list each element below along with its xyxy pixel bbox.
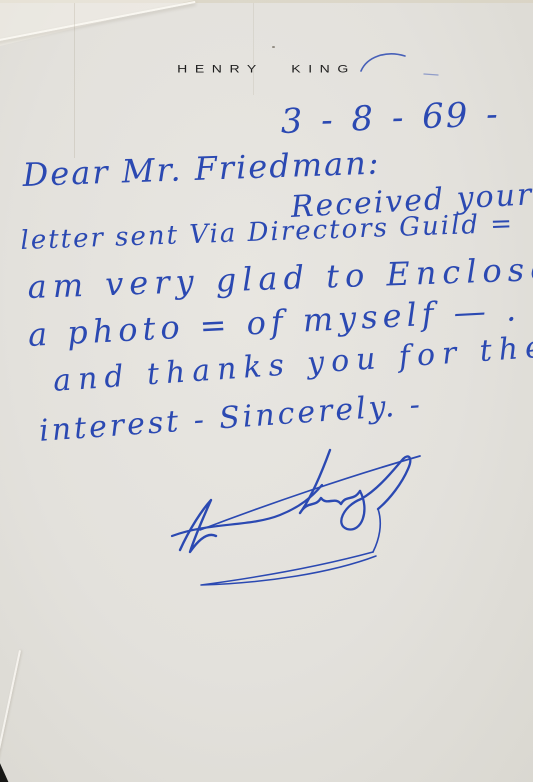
date-line: 3 - 8 - 69 - [280,94,500,142]
paper-speck [272,46,275,48]
signature-henry-king [150,440,533,620]
scan-corner-shadow [0,758,12,782]
salutation-line: Dear Mr. Friedman: [22,144,381,194]
letterhead-name: HENRY KING [0,62,533,75]
handwritten-line: letter sent Via Directors Guild = [20,209,515,256]
paper-crease [74,3,75,158]
letter-paper: HENRY KING 3 - 8 - 69 - Dear Mr. Friedma… [0,0,533,782]
stray-pen-mark [358,48,442,80]
paper-crease [253,3,254,95]
paper-crease [0,650,21,773]
